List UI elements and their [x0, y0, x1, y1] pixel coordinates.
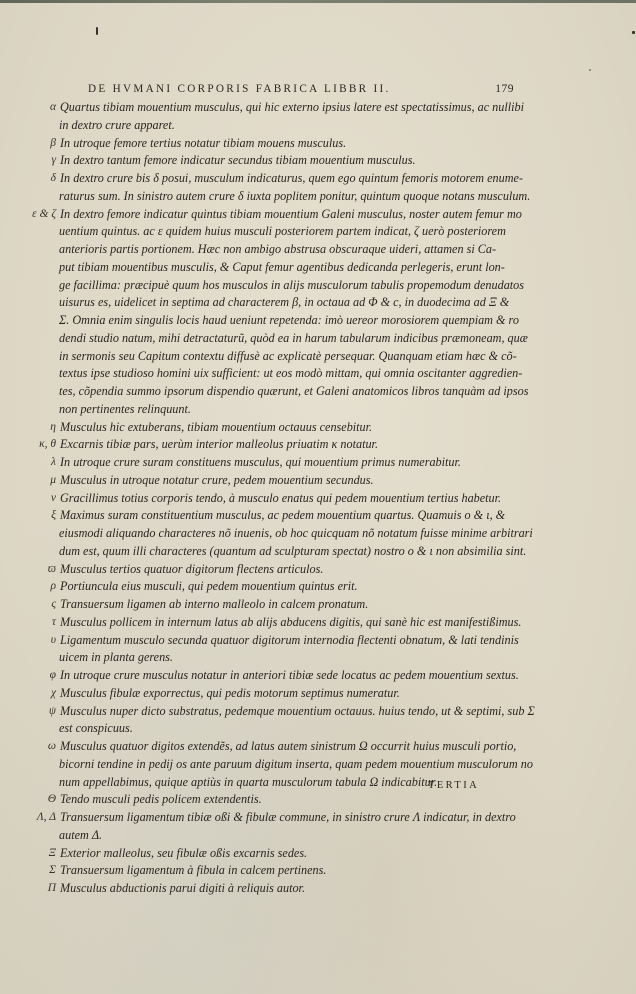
legend-entry: φIn utroque crure musculus notatur in an…: [0, 667, 636, 685]
legend-marker: υ: [51, 632, 56, 650]
page-number: 179: [495, 83, 514, 95]
legend-text: Musculus nuper dicto substratus, pedemqu…: [60, 703, 535, 721]
legend-line: non pertinentes relinquunt.: [0, 401, 636, 419]
legend-text: Excarnis tibiæ pars, uerùm interior mall…: [60, 436, 378, 454]
legend-line: Λ, ΔTransuersum ligamentum tibiæ oßi & f…: [0, 809, 636, 827]
legend-text: Musculus in utroque notatur crure, pedem…: [60, 472, 374, 490]
legend-text: Transuersum ligamen ab interno malleolo …: [60, 596, 368, 614]
legend-marker: δ: [51, 170, 56, 188]
legend-text: In dextro crure bis δ posui, musculum in…: [60, 170, 523, 188]
legend-text: Portiuncula eius musculi, qui pedem moue…: [60, 578, 358, 596]
legend-line: Σ. Omnia enim singulis locis haud ueniun…: [0, 312, 636, 330]
legend-text: Musculus tertios quatuor digitorum flect…: [60, 561, 323, 579]
legend-line: ε & ζIn dextro femore indicatur quintus …: [0, 206, 636, 224]
legend-entry: ΠMusculus abductionis parui digiti à rel…: [0, 880, 636, 898]
legend-text-continuation: num appellabimus, quique aptiùs in quart…: [59, 774, 437, 792]
legend-line: ωMusculus quatuor digitos extendẽs, ad l…: [0, 738, 636, 756]
book-page: DE HVMANI CORPORIS FABRICA LIBBR II. 179…: [0, 3, 636, 994]
legend-text: Tendo musculi pedis policem extendentis.: [60, 791, 262, 809]
legend-line: in sermonis seu Capitum contextu diffusè…: [0, 348, 636, 366]
legend-text-continuation: uicem in planta gerens.: [59, 649, 173, 667]
legend-line: autem Δ.: [0, 827, 636, 845]
legend-entry: τMusculus pollicem in internum latus ab …: [0, 614, 636, 632]
legend-line: νGracillimus totius corporis tendo, à mu…: [0, 490, 636, 508]
legend-marker: ω: [48, 738, 56, 756]
catchword: TERTIA: [428, 780, 479, 791]
legend-text-continuation: raturus sum. In sinistro autem crure δ i…: [59, 188, 530, 206]
legend-text: Musculus abductionis parui digiti à reli…: [60, 880, 305, 898]
legend-line: κ, θExcarnis tibiæ pars, uerùm interior …: [0, 436, 636, 454]
legend-text: Musculus quatuor digitos extendẽs, ad la…: [60, 738, 516, 756]
legend-text: Musculus pollicem in internum latus ab a…: [60, 614, 521, 632]
legend-text-continuation: dum est, quum illi characteres (quantum …: [59, 543, 526, 561]
legend-marker: Ξ: [49, 845, 56, 863]
legend-line: est conspicuus.: [0, 720, 636, 738]
legend-text-continuation: Σ. Omnia enim singulis locis haud ueniun…: [59, 312, 519, 330]
legend-text-continuation: textus ipse studioso homini uix sufficie…: [59, 365, 522, 383]
legend-entry: ε & ζIn dextro femore indicatur quintus …: [0, 206, 636, 419]
legend-line: μMusculus in utroque notatur crure, pede…: [0, 472, 636, 490]
legend-marker: λ: [51, 454, 56, 472]
running-head-title: DE HVMANI CORPORIS FABRICA LIBBR II.: [88, 83, 391, 95]
legend-line: ρPortiuncula eius musculi, qui pedem mou…: [0, 578, 636, 596]
legend-entry: ΘTendo musculi pedis policem extendentis…: [0, 791, 636, 809]
legend-line: tes, cõpendia summo ipsorum dispendio qu…: [0, 383, 636, 401]
legend-marker: Λ, Δ: [37, 809, 56, 827]
legend-line: ψMusculus nuper dicto substratus, pedemq…: [0, 703, 636, 721]
legend-line: dendi studio natum, mihi detractaturũ, q…: [0, 330, 636, 348]
legend-line: τMusculus pollicem in internum latus ab …: [0, 614, 636, 632]
legend-marker: ψ: [49, 703, 56, 721]
legend-text-continuation: autem Δ.: [59, 827, 102, 845]
legend-text: Ligamentum musculo secunda quatuor digit…: [60, 632, 519, 650]
legend-entry: αQuartus tibiam mouentium musculus, qui …: [0, 99, 636, 135]
legend-marker: Θ: [48, 791, 56, 809]
legend-text-continuation: eiusmodi aliquando characteres nõ inueni…: [59, 525, 533, 543]
legend-marker: φ: [50, 667, 56, 685]
legend-text-continuation: in dextro crure apparet.: [59, 117, 175, 135]
legend-text-continuation: put tibiam mouentibus musculis, & Caput …: [59, 259, 505, 277]
legend-entry: ρPortiuncula eius musculi, qui pedem mou…: [0, 578, 636, 596]
legend-entry: δIn dextro crure bis δ posui, musculum i…: [0, 170, 636, 206]
legend-marker: Σ: [49, 862, 56, 880]
legend-entry: χMusculus fibulæ exporrectus, qui pedis …: [0, 685, 636, 703]
legend-text-continuation: uisurus es, uidelicet in septima ad char…: [59, 294, 509, 312]
legend-line: raturus sum. In sinistro autem crure δ i…: [0, 188, 636, 206]
legend-entry: γIn dextro tantum femore indicatur secun…: [0, 152, 636, 170]
legend-entry: ηMusculus hic extuberans, tibiam mouenti…: [0, 419, 636, 437]
legend-text-continuation: bicorni tendine in pedij os ante paruum …: [59, 756, 533, 774]
legend-entry: ϖMusculus tertios quatuor digitorum flec…: [0, 561, 636, 579]
legend-marker: ρ: [50, 578, 56, 596]
legend-text: In utroque crure suram constituens muscu…: [60, 454, 461, 472]
legend-text: Quartus tibiam mouentium musculus, qui h…: [60, 99, 524, 117]
legend-text: Maximus suram constituentium musculus, a…: [60, 507, 505, 525]
legend-line: γIn dextro tantum femore indicatur secun…: [0, 152, 636, 170]
legend-text: Transuersum ligamentum tibiæ oßi & fibul…: [60, 809, 516, 827]
legend-line: δIn dextro crure bis δ posui, musculum i…: [0, 170, 636, 188]
legend-text: In utroque femore tertius notatur tibiam…: [60, 135, 346, 153]
legend-text: In utroque crure musculus notatur in ant…: [60, 667, 519, 685]
legend-entry: μMusculus in utroque notatur crure, pede…: [0, 472, 636, 490]
legend-line: anterioris partis portionem. Hæc non amb…: [0, 241, 636, 259]
legend-line: βIn utroque femore tertius notatur tibia…: [0, 135, 636, 153]
legend-line: uicem in planta gerens.: [0, 649, 636, 667]
legend-line: ϖMusculus tertios quatuor digitorum flec…: [0, 561, 636, 579]
legend-line: textus ipse studioso homini uix sufficie…: [0, 365, 636, 383]
legend-marker: γ: [51, 152, 56, 170]
legend-text: In dextro femore indicatur quintus tibia…: [60, 206, 522, 224]
legend-entry: κ, θExcarnis tibiæ pars, uerùm interior …: [0, 436, 636, 454]
legend-entry: ψMusculus nuper dicto substratus, pedemq…: [0, 703, 636, 739]
legend-line: ηMusculus hic extuberans, tibiam mouenti…: [0, 419, 636, 437]
legend-marker: μ: [50, 472, 56, 490]
legend-entry: ςTransuersum ligamen ab interno malleolo…: [0, 596, 636, 614]
legend-line: λIn utroque crure suram constituens musc…: [0, 454, 636, 472]
legend-line: χMusculus fibulæ exporrectus, qui pedis …: [0, 685, 636, 703]
legend-text: In dextro tantum femore indicatur secund…: [60, 152, 416, 170]
legend-marker: τ: [52, 614, 56, 632]
legend-text-continuation: tes, cõpendia summo ipsorum dispendio qu…: [59, 383, 528, 401]
legend-entry: ΣTransuersum ligamentum à fibula in calc…: [0, 862, 636, 880]
legend-marker: α: [50, 99, 56, 117]
legend-line: φIn utroque crure musculus notatur in an…: [0, 667, 636, 685]
legend-line: num appellabimus, quique aptiùs in quart…: [0, 774, 636, 792]
legend-marker: ς: [51, 596, 56, 614]
legend-marker: χ: [51, 685, 56, 703]
legend-line: put tibiam mouentibus musculis, & Caput …: [0, 259, 636, 277]
legend-line: ge facillima: præcipuè quum hos musculos…: [0, 277, 636, 295]
legend-line: uentium quintus. ac ε quidem huius muscu…: [0, 223, 636, 241]
legend-marker: ϖ: [48, 561, 56, 579]
legend-entry: υLigamentum musculo secunda quatuor digi…: [0, 632, 636, 668]
legend-text-continuation: est conspicuus.: [59, 720, 133, 738]
legend-line: uisurus es, uidelicet in septima ad char…: [0, 294, 636, 312]
ink-speck: [589, 69, 591, 71]
running-head: DE HVMANI CORPORIS FABRICA LIBBR II. 179: [88, 83, 518, 99]
legend-text: Exterior malleolus, seu fibulæ oßis exca…: [60, 845, 307, 863]
legend-line: αQuartus tibiam mouentium musculus, qui …: [0, 99, 636, 117]
ink-speck: [632, 31, 635, 34]
legend-marker: β: [50, 135, 56, 153]
legend-text: Musculus fibulæ exporrectus, qui pedis m…: [60, 685, 400, 703]
legend-entry: ωMusculus quatuor digitos extendẽs, ad l…: [0, 738, 636, 791]
legend-entry: ξMaximus suram constituentium musculus, …: [0, 507, 636, 560]
legend-marker: κ, θ: [39, 436, 56, 454]
legend-text-continuation: ge facillima: præcipuè quum hos musculos…: [59, 277, 524, 295]
legend-line: ΘTendo musculi pedis policem extendentis…: [0, 791, 636, 809]
ink-speck: [96, 27, 98, 35]
legend-line: ξMaximus suram constituentium musculus, …: [0, 507, 636, 525]
legend-entry: νGracillimus totius corporis tendo, à mu…: [0, 490, 636, 508]
legend-line: ςTransuersum ligamen ab interno malleolo…: [0, 596, 636, 614]
legend-entry: λIn utroque crure suram constituens musc…: [0, 454, 636, 472]
legend-marker: Π: [48, 880, 56, 898]
legend-text-continuation: non pertinentes relinquunt.: [59, 401, 191, 419]
figure-legend-list: αQuartus tibiam mouentium musculus, qui …: [0, 99, 636, 898]
legend-entry: Λ, ΔTransuersum ligamentum tibiæ oßi & f…: [0, 809, 636, 845]
legend-text-continuation: in sermonis seu Capitum contextu diffusè…: [59, 348, 517, 366]
legend-marker: ξ: [51, 507, 56, 525]
legend-entry: βIn utroque femore tertius notatur tibia…: [0, 135, 636, 153]
legend-text-continuation: dendi studio natum, mihi detractaturũ, q…: [59, 330, 528, 348]
legend-line: ΠMusculus abductionis parui digiti à rel…: [0, 880, 636, 898]
legend-entry: ΞExterior malleolus, seu fibulæ oßis exc…: [0, 845, 636, 863]
legend-line: ΣTransuersum ligamentum à fibula in calc…: [0, 862, 636, 880]
legend-marker: ε & ζ: [32, 206, 56, 224]
legend-line: ΞExterior malleolus, seu fibulæ oßis exc…: [0, 845, 636, 863]
legend-marker: ν: [51, 490, 56, 508]
legend-line: υLigamentum musculo secunda quatuor digi…: [0, 632, 636, 650]
legend-text: Musculus hic extuberans, tibiam mouentiu…: [60, 419, 372, 437]
legend-text-continuation: uentium quintus. ac ε quidem huius muscu…: [59, 223, 506, 241]
legend-marker: η: [50, 419, 56, 437]
legend-text: Gracillimus totius corporis tendo, à mus…: [60, 490, 501, 508]
legend-text-continuation: anterioris partis portionem. Hæc non amb…: [59, 241, 496, 259]
legend-line: dum est, quum illi characteres (quantum …: [0, 543, 636, 561]
legend-text: Transuersum ligamentum à fibula in calce…: [60, 862, 326, 880]
legend-line: bicorni tendine in pedij os ante paruum …: [0, 756, 636, 774]
legend-line: eiusmodi aliquando characteres nõ inueni…: [0, 525, 636, 543]
legend-line: in dextro crure apparet.: [0, 117, 636, 135]
